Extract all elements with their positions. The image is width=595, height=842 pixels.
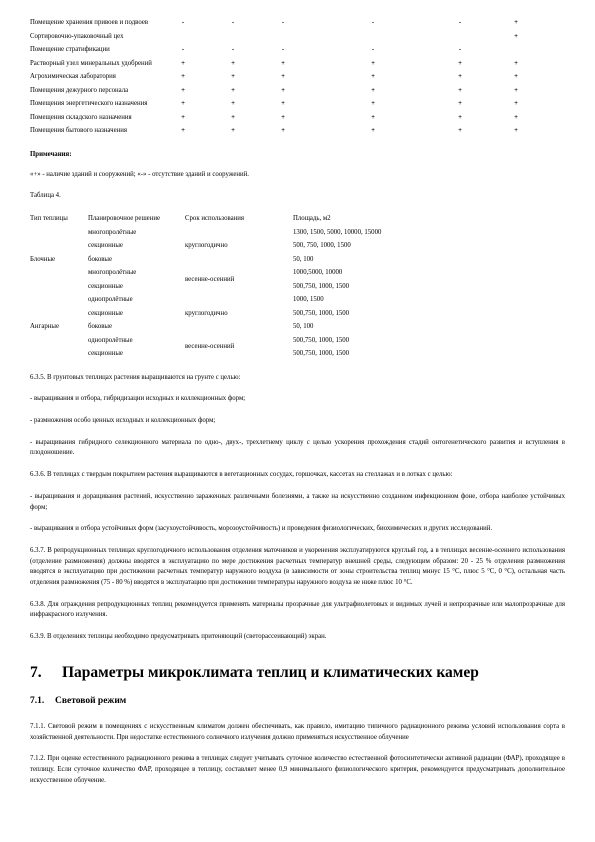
matrix-mark: +: [158, 98, 208, 109]
section-title: Параметры микроклимата теплиц и климатич…: [62, 663, 479, 682]
facility-label: Помещение стратификации: [30, 44, 158, 55]
matrix-mark: +: [482, 112, 550, 123]
facility-label: Агрохимическая лаборатория: [30, 71, 158, 82]
bullet-item: - выращивания и отбора устойчивых форм (…: [30, 524, 565, 535]
matrix-mark: -: [158, 17, 208, 28]
matrix-mark: -: [308, 17, 438, 28]
notes-text: «+» - наличие зданий и сооружений; «-» -…: [30, 170, 565, 181]
matrix-mark: +: [158, 85, 208, 96]
matrix-mark: +: [158, 58, 208, 69]
matrix-mark: +: [482, 71, 550, 82]
table4-cell-plan: многопролётные: [88, 226, 185, 240]
matrix-mark: +: [258, 98, 308, 109]
facility-label: Растворный узел минеральных удобрений: [30, 58, 158, 69]
table4-cell-plan: секционные: [88, 307, 185, 321]
facility-label: Помещения бытового назначения: [30, 125, 158, 136]
matrix-mark: +: [208, 71, 258, 82]
table4-cell-plan: секционные: [88, 347, 185, 361]
section-number: 7.: [30, 663, 62, 682]
subsection-title: Световой режим: [55, 695, 126, 708]
matrix-mark: +: [258, 85, 308, 96]
matrix-mark: +: [482, 125, 550, 136]
matrix-mark: +: [482, 58, 550, 69]
table4: Тип теплицы Планировочное решение Срок и…: [30, 212, 565, 361]
bullet-item: - выращивания гибридного селекционного м…: [30, 438, 565, 459]
matrix-mark: +: [258, 58, 308, 69]
facility-label: Помещения складского назначения: [30, 112, 158, 123]
paragraph-7-1-2: 7.1.2. При оценке естественного радиацио…: [30, 754, 565, 786]
matrix-mark: +: [308, 71, 438, 82]
table4-header-type: Тип теплицы: [30, 212, 88, 226]
bullet-item: - выращивания и отбора, гибридизации исх…: [30, 394, 565, 405]
matrix-mark: +: [208, 112, 258, 123]
table4-cell-term: круглогодично: [185, 239, 293, 253]
matrix-mark: +: [208, 125, 258, 136]
paragraph-6-3-7: 6.3.7. В репродукционных теплицах кругло…: [30, 546, 565, 589]
facilities-matrix-table: Помещение хранения привоев и подвоев - -…: [30, 17, 565, 136]
matrix-mark: +: [438, 112, 482, 123]
matrix-mark: +: [258, 71, 308, 82]
paragraph-6-3-5: 6.3.5. В грунтовых теплицах растения выр…: [30, 373, 565, 384]
table4-cell-area: 500,750, 1000, 1500: [293, 307, 565, 321]
matrix-mark: +: [308, 98, 438, 109]
document-page: Помещение хранения привоев и подвоев - -…: [0, 0, 595, 842]
matrix-mark: +: [438, 58, 482, 69]
matrix-mark: -: [308, 44, 438, 55]
table4-header-area: Площадь, м2: [293, 212, 565, 226]
table4-cell-term: весенне-осенний: [185, 340, 293, 354]
table4-cell-plan: однопролётные: [88, 334, 185, 348]
matrix-mark: -: [258, 44, 308, 55]
matrix-mark: +: [438, 71, 482, 82]
table4-cell-area: 1000, 1500: [293, 293, 565, 307]
matrix-mark: +: [308, 112, 438, 123]
bullet-item: - размножения особо ценных исходных и ко…: [30, 416, 565, 427]
matrix-mark: +: [308, 85, 438, 96]
matrix-mark: +: [208, 85, 258, 96]
matrix-mark: -: [258, 17, 308, 28]
subsection-heading: 7.1. Световой режим: [30, 695, 565, 708]
facility-label: Сортировочно-упаковочный цех: [30, 31, 158, 42]
table4-cell-type: Блочные: [30, 253, 88, 267]
table4-header-term: Срок использования: [185, 212, 293, 226]
table4-cell-area: 500,750, 1000, 1500: [293, 280, 565, 294]
table4-cell-plan: боковые: [88, 253, 185, 267]
matrix-mark: +: [482, 85, 550, 96]
subsection-number: 7.1.: [30, 695, 55, 708]
matrix-mark: +: [258, 112, 308, 123]
table4-header-plan: Планировочное решение: [88, 212, 185, 226]
table4-cell-area: 500,750, 1000, 1500: [293, 347, 565, 361]
matrix-mark: -: [208, 44, 258, 55]
matrix-mark: +: [482, 17, 550, 28]
paragraph-6-3-6: 6.3.6. В теплицах с твердым покрытием ра…: [30, 470, 565, 481]
paragraph-7-1-1: 7.1.1. Световой режим в помещениях с иск…: [30, 722, 565, 743]
table4-cell-area: 1300, 1500, 5000, 10000, 15000: [293, 226, 565, 240]
bullet-item: - выращивания и доращивания растений, ис…: [30, 492, 565, 513]
matrix-mark: -: [158, 44, 208, 55]
matrix-mark: +: [308, 58, 438, 69]
matrix-mark: +: [158, 71, 208, 82]
matrix-mark: +: [208, 58, 258, 69]
table4-cell-type: Ангарные: [30, 320, 88, 334]
matrix-mark: +: [438, 98, 482, 109]
matrix-mark: -: [438, 44, 482, 55]
table4-cell-area: 500,750, 1000, 1500: [293, 334, 565, 348]
matrix-mark: +: [482, 31, 550, 42]
table4-cell-plan: многопролётные: [88, 266, 185, 280]
table4-cell-term: круглогодично: [185, 307, 293, 321]
matrix-mark: +: [208, 98, 258, 109]
matrix-mark: -: [208, 17, 258, 28]
matrix-mark: -: [438, 17, 482, 28]
table4-cell-plan: секционные: [88, 239, 185, 253]
notes-title: Примечания:: [30, 150, 565, 161]
section-heading: 7. Параметры микроклимата теплиц и клима…: [30, 663, 565, 682]
table4-cell-area: 50, 100: [293, 253, 565, 267]
table4-cell-area: 1000,5000, 10000: [293, 266, 565, 280]
table4-cell-plan: однопролётные: [88, 293, 185, 307]
table4-cell-term: весенне-осенний: [185, 273, 293, 287]
facility-label: Помещение хранения привоев и подвоев: [30, 17, 158, 28]
paragraph-6-3-9: 6.3.9. В отделениях теплицы необходимо п…: [30, 632, 565, 643]
table4-caption: Таблица 4.: [30, 191, 565, 202]
matrix-mark: +: [158, 112, 208, 123]
facility-label: Помещения энергетического назначения: [30, 98, 158, 109]
matrix-mark: +: [438, 85, 482, 96]
matrix-mark: +: [482, 98, 550, 109]
table4-cell-plan: секционные: [88, 280, 185, 294]
matrix-mark: +: [158, 125, 208, 136]
table4-cell-plan: боковые: [88, 320, 185, 334]
facility-label: Помещения дежурного персонала: [30, 85, 158, 96]
paragraph-6-3-8: 6.3.8. Для ограждения репродукционных те…: [30, 600, 565, 621]
matrix-mark: +: [308, 125, 438, 136]
table4-cell-area: 50, 100: [293, 320, 565, 334]
table4-cell-area: 500, 750, 1000, 1500: [293, 239, 565, 253]
matrix-mark: +: [438, 125, 482, 136]
matrix-mark: +: [258, 125, 308, 136]
